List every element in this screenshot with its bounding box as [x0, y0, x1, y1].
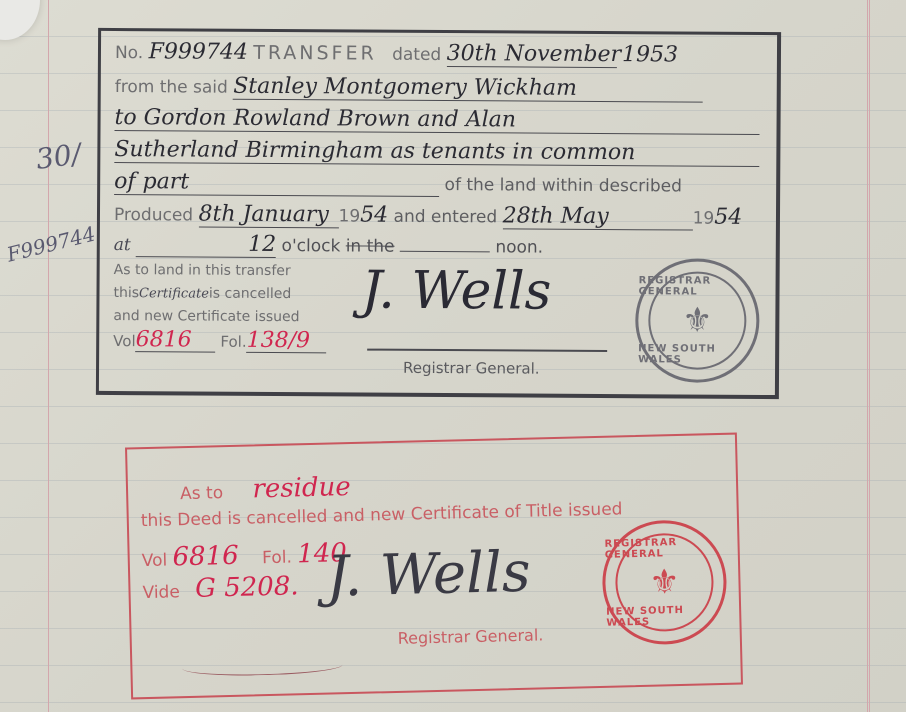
of-land-label: of the land within described [445, 175, 683, 196]
fol-label: Fol. [220, 333, 246, 351]
seal-bottom-text: NEW SOUTH WALES [606, 604, 725, 629]
page-curl [0, 0, 40, 40]
noon-label: noon. [495, 237, 543, 257]
margin-note-top: 30/ [34, 137, 83, 176]
transfer-header-line: No. F999744 TRANSFER dated 30th November… [115, 39, 767, 69]
right-margin-line [867, 0, 868, 712]
left-margin-line [48, 0, 49, 712]
cancel-this: this [113, 285, 139, 301]
pen-stroke [182, 656, 342, 677]
as-to-label: As to [180, 483, 223, 504]
entered-value: 28th May [503, 203, 693, 230]
to-value: to Gordon Rowland Brown and Alan [114, 105, 759, 135]
dated-year: 1953 [622, 42, 678, 67]
to-value-2: Sutherland Birmingham as tenants in comm… [114, 137, 759, 167]
vol-label: Vol [113, 332, 136, 350]
signature-wells: J. Wells [361, 261, 551, 322]
vol-value: 6816 [136, 328, 216, 352]
vide-value: G 5208. [195, 571, 299, 604]
part-line: of part of the land within described [114, 169, 766, 199]
transfer-label: TRANSFER [253, 42, 377, 65]
seal-top-text: REGISTRAR GENERAL [604, 536, 723, 561]
registrar-seal: REGISTRAR GENERAL ⚜ NEW SOUTH WALES [635, 258, 760, 383]
residue-stamp: As to residue this Deed is cancelled and… [125, 433, 743, 700]
to-line: to Gordon Rowland Brown and Alan [114, 105, 766, 135]
no-label: No. [115, 43, 143, 63]
vol-value: 6816 [172, 541, 239, 573]
cancel-suffix: is cancelled [209, 286, 291, 303]
to-line-2: Sutherland Birmingham as tenants in comm… [114, 137, 766, 167]
from-label: from the said [115, 77, 228, 98]
entered-year-prefix: 19 [693, 209, 715, 229]
signatory-title: Registrar General. [403, 359, 540, 378]
signatory-title: Registrar General. [398, 625, 544, 648]
produced-line: Produced 8th January1954 and entered 28t… [114, 201, 766, 231]
time-prefix: at [114, 235, 131, 255]
time-line: at 12 o'clock in the noon. [114, 231, 766, 261]
from-value: Stanley Montgomery Wickham [233, 74, 703, 103]
oclock-label: o'clock [282, 236, 341, 256]
as-to-value: residue [252, 472, 351, 504]
registrar-seal: REGISTRAR GENERAL ⚜ NEW SOUTH WALES [601, 519, 728, 646]
signature-wells: J. Wells [325, 540, 531, 610]
in-the-struck: in the [346, 236, 395, 256]
produced-value: 8th January [198, 202, 338, 229]
produced-year: 54 [360, 203, 388, 228]
transfer-stamp: No. F999744 TRANSFER dated 30th November… [96, 28, 781, 399]
ledger-page: 30/ F999744 No. F999744 TRANSFER dated 3… [0, 0, 906, 712]
vide-label: Vide [142, 582, 180, 603]
fol-value: 138/9 [247, 329, 327, 353]
dated-value: 30th November [447, 41, 617, 68]
seal-bottom-text: NEW SOUTH WALES [638, 343, 756, 366]
vol-fol-line: Vol 6816 Fol. 140 [141, 538, 347, 573]
seal-top-text: REGISTRAR GENERAL [638, 275, 756, 298]
dated-label: dated [392, 45, 441, 65]
vide-line: Vide G 5208. [142, 571, 299, 605]
entered-label: and entered [394, 207, 498, 228]
right-margin-line-2 [869, 0, 870, 712]
entered-year: 54 [714, 205, 742, 230]
as-to-line: As to residue [180, 472, 351, 506]
fol-label: Fol. [262, 547, 292, 568]
transfer-number: F999744 [149, 39, 248, 65]
time-value: 12 [136, 231, 276, 258]
from-line: from the said Stanley Montgomery Wickham [115, 73, 767, 103]
produced-label: Produced [114, 205, 193, 225]
part-value: of part [114, 169, 439, 197]
margin-note-side: F999744 [4, 221, 97, 266]
cancel-certificate: Certificate [139, 286, 209, 301]
produced-year-prefix: 19 [338, 206, 360, 226]
vol-label: Vol [142, 551, 168, 572]
